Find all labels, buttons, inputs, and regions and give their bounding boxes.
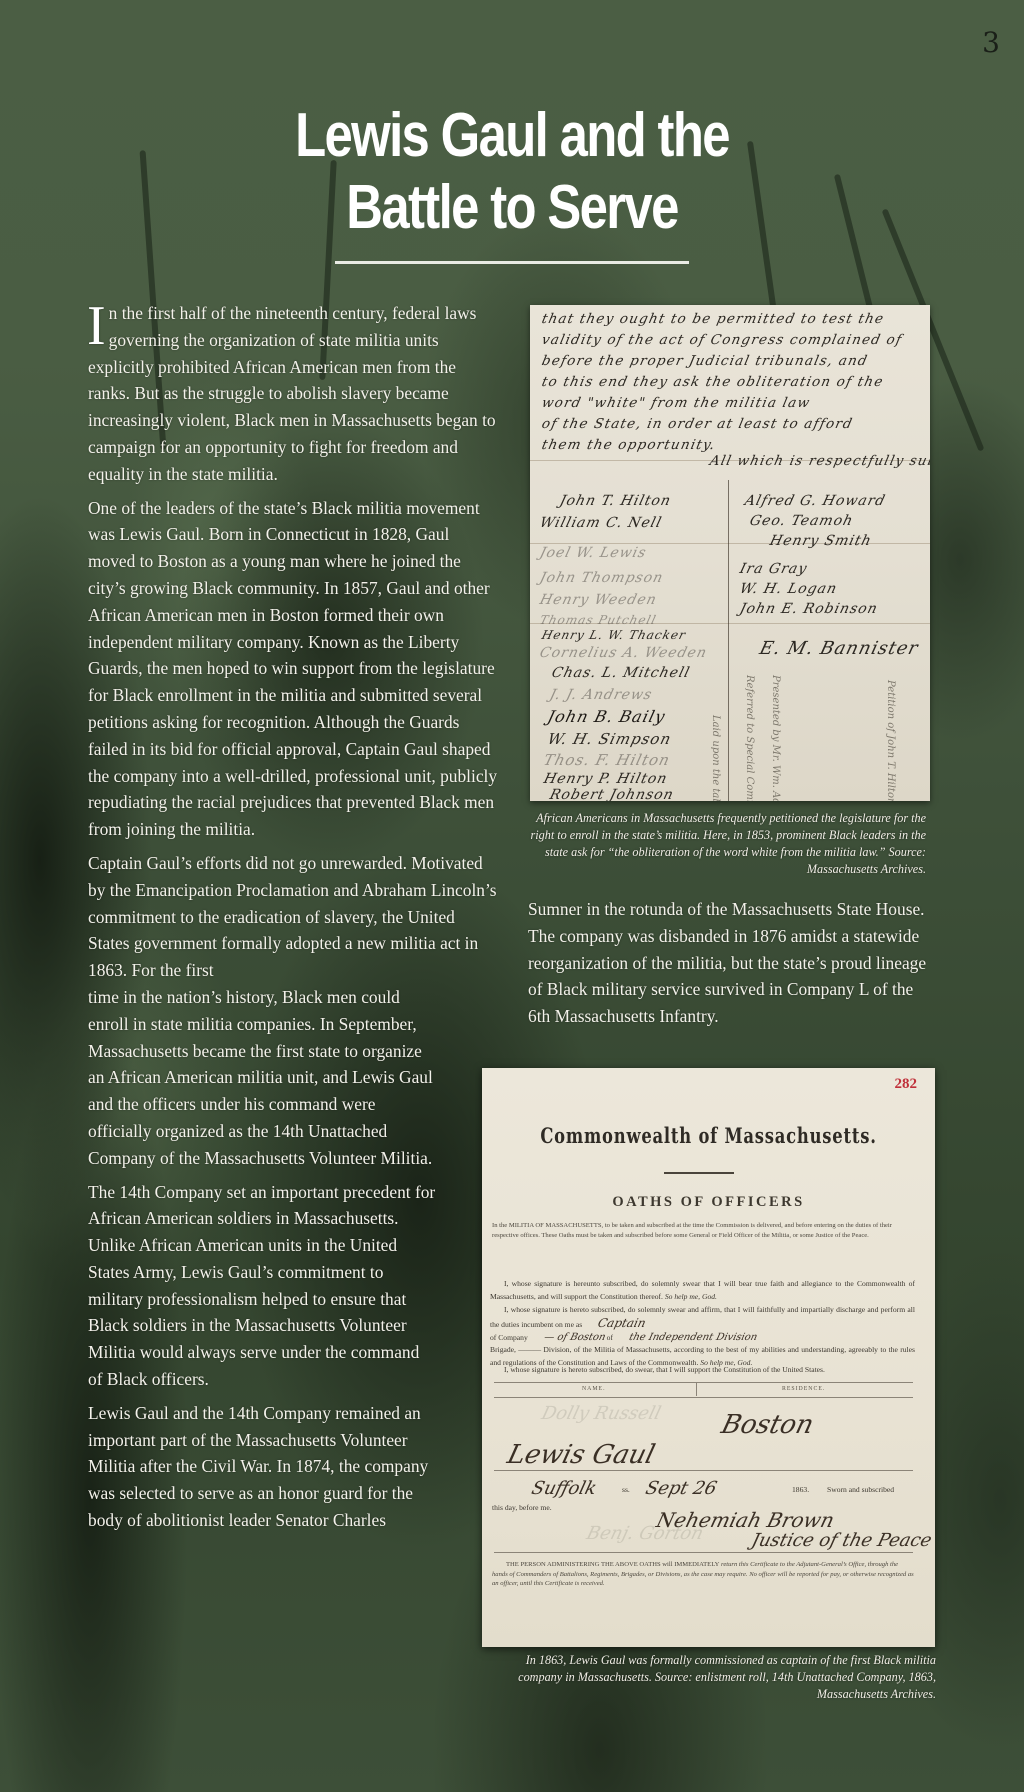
signature: Alfred G. Howard	[743, 493, 887, 509]
oath-caption: In 1863, Lewis Gaul was formally commiss…	[486, 1652, 936, 1703]
fold-line	[728, 480, 729, 801]
paragraph-5: Lewis Gaul and the 14th Company remained…	[88, 1400, 438, 1534]
handwriting-line: before the proper Judicial tribunals, an…	[540, 353, 869, 369]
signature: John E. Robinson	[738, 601, 880, 617]
oath-2: I, whose signature is hereto subscribed,…	[490, 1304, 915, 1370]
title-line-2: Battle to Serve	[346, 173, 677, 242]
signature: Ira Gray	[738, 561, 809, 577]
signature: E. M. Bannister	[757, 638, 920, 659]
signature: W. H. Simpson	[546, 730, 674, 748]
title-divider	[335, 261, 689, 264]
signature: Thos. F. Hilton	[542, 751, 672, 769]
signature: Henry Smith	[768, 533, 874, 549]
signature: Henry L. W. Thacker	[540, 628, 687, 642]
signature: Geo. Teamoh	[748, 513, 855, 529]
paragraph-4: The 14th Company set an important preced…	[88, 1179, 438, 1393]
paragraph-1: In the first half of the nineteenth cent…	[88, 300, 498, 488]
ss-label: ss.	[622, 1484, 630, 1497]
page-title: Lewis Gaul and the Battle to Serve	[92, 100, 932, 244]
signature: John T. Hilton	[558, 493, 673, 509]
before-me-label: this day, before me.	[492, 1502, 552, 1515]
handwriting-line: to this end they ask the obliteration of…	[540, 374, 885, 390]
paragraph-2: One of the leaders of the state’s Black …	[88, 495, 498, 843]
signature: Chas. L. Mitchell	[550, 665, 692, 681]
page-number: 3	[982, 26, 1000, 59]
petition-document-image: that they ought to be permitted to test …	[530, 305, 930, 801]
signature: Thomas Putchell	[538, 613, 658, 627]
margin-note: Presented by Mr. Wm. Adams of Boston, Ma…	[770, 675, 781, 801]
handwriting-line: word "white" from the militia law	[540, 395, 812, 411]
leaf-number: 282	[895, 1076, 918, 1093]
signature: William C. Nell	[538, 515, 664, 531]
paragraph-3: Captain Gaul’s efforts did not go unrewa…	[88, 850, 498, 1172]
petition-caption: African Americans in Massachusetts frequ…	[528, 810, 926, 878]
handwriting-line: of the State, in order at least to affor…	[540, 416, 854, 432]
signature: John B. Baily	[546, 707, 668, 726]
signature: J. J. Andrews	[548, 687, 654, 703]
oath-year: 1863.	[792, 1484, 809, 1497]
ornament-rule	[664, 1172, 734, 1174]
county: Suffolk	[529, 1478, 598, 1499]
certificate-notice: THE PERSON ADMINISTERING THE ABOVE OATHS…	[492, 1560, 915, 1589]
handwriting-line: them the opportunity.	[540, 437, 717, 453]
article-body: In the first half of the nineteenth cent…	[88, 300, 498, 1541]
margin-note: Petition of John T. Hilton and 22 other …	[885, 680, 896, 801]
oath-3: I, whose signature is hereto subscribed,…	[490, 1364, 915, 1377]
drop-cap: I	[87, 304, 106, 348]
signature: Henry P. Hilton	[542, 771, 669, 787]
oath-date: Sept 26	[643, 1478, 719, 1499]
oath-1: I, whose signature is hereunto subscribe…	[490, 1278, 915, 1304]
certificate-intro: In the MILITIA OF MASSACHUSETTS, to be t…	[492, 1221, 915, 1240]
margin-note: Laid upon the table	[710, 715, 721, 801]
signature: Henry Weeden	[538, 592, 659, 608]
certificate-subheading: OATHS OF OFFICERS	[482, 1194, 935, 1211]
certificate-heading: Commonwealth of Massachusetts.	[532, 1123, 885, 1148]
justice-signature: Nehemiah Brown	[654, 1508, 837, 1532]
signature: Cornelius A. Weeden	[538, 645, 709, 661]
justice-title: Justice of the Peace	[749, 1530, 934, 1551]
column-header-name: NAME.	[582, 1386, 606, 1392]
officer-signature: Lewis Gaul	[504, 1440, 658, 1470]
handwriting-line: All which is respectfully submitted	[708, 453, 930, 469]
handwriting-line: that they ought to be permitted to test …	[540, 311, 886, 327]
signature: Joel W. Lewis	[538, 545, 648, 561]
margin-note: Referred to Special Committee	[744, 675, 755, 801]
signature: John Thompson	[538, 570, 665, 586]
signature: Robert Johnson	[548, 787, 676, 801]
sworn-label: Sworn and subscribed	[827, 1484, 894, 1497]
column-header-residence: RESIDENCE.	[782, 1386, 825, 1392]
title-line-1: Lewis Gaul and the	[295, 101, 729, 170]
handwriting-line: validity of the act of Congress complain…	[540, 332, 904, 348]
signature: W. H. Logan	[738, 581, 839, 597]
article-continuation: Sumner in the rotunda of the Massachuset…	[528, 896, 938, 1030]
oath-certificate-image: 282 Commonwealth of Massachusetts. OATHS…	[482, 1068, 935, 1647]
residence-signature: Boston	[718, 1410, 816, 1440]
